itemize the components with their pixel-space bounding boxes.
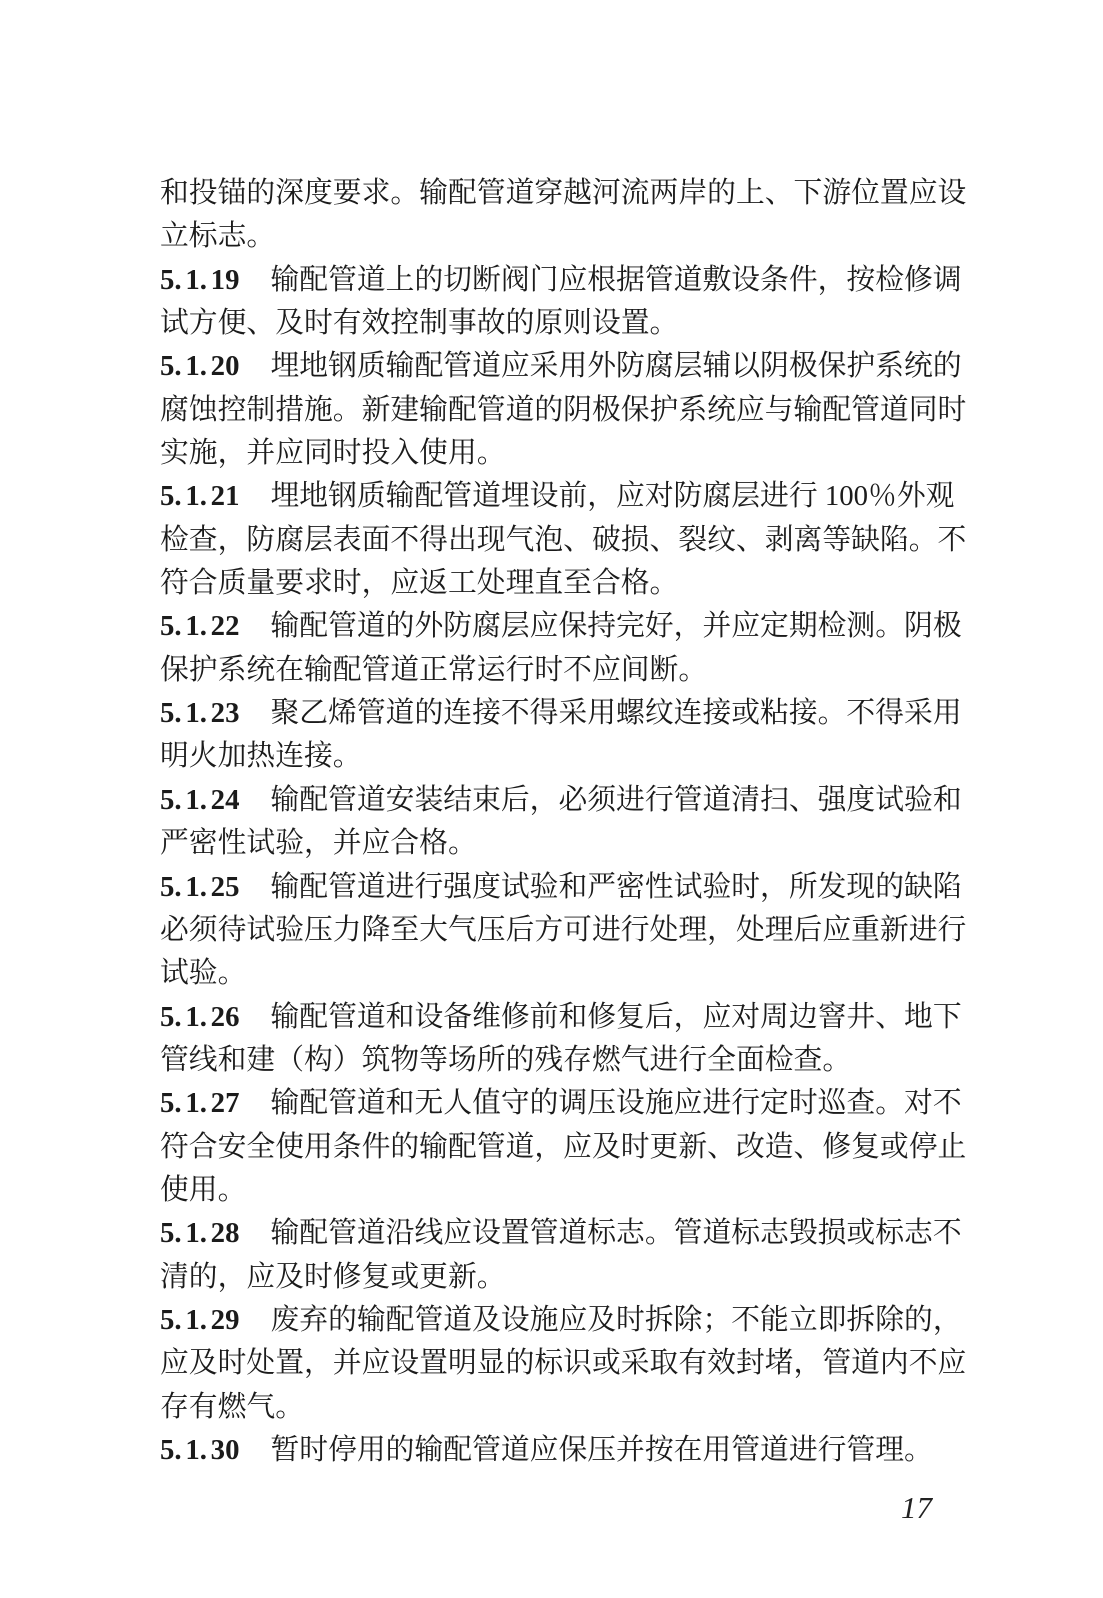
- line-text: 存有燃气。: [160, 1391, 304, 1423]
- text-line: 应及时处置，并应设置明显的标识或采取有效封堵，管道内不应: [160, 1342, 970, 1385]
- clause-paragraph: 5. 1. 21埋地钢质输配管道埋设前，应对防腐层进行 100％外观检查，防腐层…: [160, 475, 970, 605]
- line-text: 试方便、及时有效控制事故的原则设置。: [160, 307, 678, 339]
- line-text: 严密性试验，并应合格。: [160, 827, 477, 859]
- line-text: 输配管道安装结束后，必须进行管道清扫、强度试验和: [270, 784, 961, 816]
- clause-paragraph: 5. 1. 27输配管道和无人值守的调压设施应进行定时巡查。对不符合安全使用条件…: [160, 1082, 970, 1212]
- text-line: 试方便、及时有效控制事故的原则设置。: [160, 302, 970, 345]
- line-text: 检查，防腐层表面不得出现气泡、破损、裂纹、剥离等缺陷。不: [160, 524, 966, 556]
- number-text-gap: [239, 895, 270, 896]
- number-text-gap: [239, 721, 270, 722]
- text-line: 检查，防腐层表面不得出现气泡、破损、裂纹、剥离等缺陷。不: [160, 519, 970, 562]
- line-text: 暂时停用的输配管道应保压并按在用管道进行管理。: [270, 1434, 932, 1466]
- clause-paragraph: 5. 1. 29废弃的输配管道及设施应及时拆除；不能立即拆除的，应及时处置，并应…: [160, 1299, 970, 1429]
- clause-number: 5. 1. 26: [160, 1001, 239, 1033]
- line-text: 输配管道沿线应设置管道标志。管道标志毁损或标志不: [270, 1217, 961, 1249]
- text-line: 5. 1. 24输配管道安装结束后，必须进行管道清扫、强度试验和: [160, 779, 970, 822]
- line-text: 符合质量要求时，应返工处理直至合格。: [160, 567, 678, 599]
- number-text-gap: [239, 1458, 270, 1459]
- text-line: 5. 1. 20埋地钢质输配管道应采用外防腐层辅以阴极保护系统的: [160, 345, 970, 388]
- number-text-gap: [239, 808, 270, 809]
- clause-paragraph: 5. 1. 19输配管道上的切断阀门应根据管道敷设条件，按检修调试方便、及时有效…: [160, 259, 970, 346]
- line-text: 输配管道的外防腐层应保持完好，并应定期检测。阴极: [270, 610, 961, 642]
- line-text: 和投锚的深度要求。输配管道穿越河流两岸的上、下游位置应设: [160, 177, 966, 209]
- number-text-gap: [239, 504, 270, 505]
- text-line: 清的，应及时修复或更新。: [160, 1256, 970, 1299]
- line-text: 输配管道上的切断阀门应根据管道敷设条件，按检修调: [270, 264, 961, 296]
- line-text: 试验。: [160, 957, 246, 989]
- line-text: 腐蚀控制措施。新建输配管道的阴极保护系统应与输配管道同时: [160, 394, 966, 426]
- clause-paragraph: 5. 1. 24输配管道安装结束后，必须进行管道清扫、强度试验和严密性试验，并应…: [160, 779, 970, 866]
- line-text: 使用。: [160, 1174, 246, 1206]
- clause-number: 5. 1. 22: [160, 610, 239, 642]
- number-text-gap: [239, 374, 270, 375]
- clause-number: 5. 1. 24: [160, 784, 239, 816]
- text-line: 5. 1. 19输配管道上的切断阀门应根据管道敷设条件，按检修调: [160, 259, 970, 302]
- text-line: 明火加热连接。: [160, 735, 970, 778]
- text-line: 符合质量要求时，应返工处理直至合格。: [160, 562, 970, 605]
- text-line: 严密性试验，并应合格。: [160, 822, 970, 865]
- number-text-gap: [239, 1241, 270, 1242]
- text-line: 试验。: [160, 952, 970, 995]
- line-text: 应及时处置，并应设置明显的标识或采取有效封堵，管道内不应: [160, 1347, 966, 1379]
- number-text-gap: [239, 288, 270, 289]
- line-text: 聚乙烯管道的连接不得采用螺纹连接或粘接。不得采用: [270, 697, 961, 729]
- line-text: 输配管道进行强度试验和严密性试验时，所发现的缺陷: [270, 871, 961, 903]
- clause-number: 5. 1. 21: [160, 480, 239, 512]
- line-text: 立标志。: [160, 220, 275, 252]
- number-text-gap: [239, 1111, 270, 1112]
- text-line: 管线和建（构）筑物等场所的残存燃气进行全面检查。: [160, 1039, 970, 1082]
- text-line: 保护系统在输配管道正常运行时不应间断。: [160, 649, 970, 692]
- line-text: 实施，并应同时投入使用。: [160, 437, 506, 469]
- text-line: 5. 1. 26输配管道和设备维修前和修复后，应对周边窨井、地下: [160, 996, 970, 1039]
- clause-paragraph: 5. 1. 22输配管道的外防腐层应保持完好，并应定期检测。阴极保护系统在输配管…: [160, 605, 970, 692]
- clause-paragraph: 5. 1. 28输配管道沿线应设置管道标志。管道标志毁损或标志不清的，应及时修复…: [160, 1212, 970, 1299]
- text-line: 实施，并应同时投入使用。: [160, 432, 970, 475]
- text-line: 5. 1. 30暂时停用的输配管道应保压并按在用管道进行管理。: [160, 1429, 970, 1472]
- text-line: 5. 1. 22输配管道的外防腐层应保持完好，并应定期检测。阴极: [160, 605, 970, 648]
- line-text: 输配管道和无人值守的调压设施应进行定时巡查。对不: [270, 1087, 961, 1119]
- text-line: 5. 1. 28输配管道沿线应设置管道标志。管道标志毁损或标志不: [160, 1212, 970, 1255]
- text-line: 5. 1. 29废弃的输配管道及设施应及时拆除；不能立即拆除的，: [160, 1299, 970, 1342]
- line-text: 埋地钢质输配管道埋设前，应对防腐层进行 100％外观: [270, 480, 954, 512]
- text-line: 5. 1. 27输配管道和无人值守的调压设施应进行定时巡查。对不: [160, 1082, 970, 1125]
- text-line: 使用。: [160, 1169, 970, 1212]
- clause-number: 5. 1. 27: [160, 1087, 239, 1119]
- clause-number: 5. 1. 20: [160, 350, 239, 382]
- line-text: 必须待试验压力降至大气压后方可进行处理，处理后应重新进行: [160, 914, 966, 946]
- document-page: 和投锚的深度要求。输配管道穿越河流两岸的上、下游位置应设立标志。5. 1. 19…: [0, 0, 1103, 1598]
- clause-paragraph: 5. 1. 20埋地钢质输配管道应采用外防腐层辅以阴极保护系统的腐蚀控制措施。新…: [160, 345, 970, 475]
- clause-number: 5. 1. 29: [160, 1304, 239, 1336]
- line-text: 管线和建（构）筑物等场所的残存燃气进行全面检查。: [160, 1044, 851, 1076]
- clause-paragraph: 5. 1. 23聚乙烯管道的连接不得采用螺纹连接或粘接。不得采用明火加热连接。: [160, 692, 970, 779]
- page-number: 17: [901, 1488, 961, 1528]
- line-text: 埋地钢质输配管道应采用外防腐层辅以阴极保护系统的: [270, 350, 961, 382]
- line-text: 保护系统在输配管道正常运行时不应间断。: [160, 654, 707, 686]
- line-text: 输配管道和设备维修前和修复后，应对周边窨井、地下: [270, 1001, 961, 1033]
- text-line: 5. 1. 25输配管道进行强度试验和严密性试验时，所发现的缺陷: [160, 866, 970, 909]
- line-text: 清的，应及时修复或更新。: [160, 1261, 506, 1293]
- clause-paragraph: 和投锚的深度要求。输配管道穿越河流两岸的上、下游位置应设立标志。: [160, 172, 970, 259]
- clause-paragraph: 5. 1. 25输配管道进行强度试验和严密性试验时，所发现的缺陷必须待试验压力降…: [160, 866, 970, 996]
- clause-number: 5. 1. 25: [160, 871, 239, 903]
- text-line: 5. 1. 21埋地钢质输配管道埋设前，应对防腐层进行 100％外观: [160, 475, 970, 518]
- number-text-gap: [239, 634, 270, 635]
- clause-number: 5. 1. 28: [160, 1217, 239, 1249]
- line-text: 明火加热连接。: [160, 740, 362, 772]
- clause-number: 5. 1. 30: [160, 1434, 239, 1466]
- clause-text-block: 和投锚的深度要求。输配管道穿越河流两岸的上、下游位置应设立标志。5. 1. 19…: [160, 172, 970, 1472]
- clause-number: 5. 1. 19: [160, 264, 239, 296]
- clause-paragraph: 5. 1. 30暂时停用的输配管道应保压并按在用管道进行管理。: [160, 1429, 970, 1472]
- text-line: 5. 1. 23聚乙烯管道的连接不得采用螺纹连接或粘接。不得采用: [160, 692, 970, 735]
- clause-number: 5. 1. 23: [160, 697, 239, 729]
- text-line: 存有燃气。: [160, 1386, 970, 1429]
- text-line: 和投锚的深度要求。输配管道穿越河流两岸的上、下游位置应设: [160, 172, 970, 215]
- line-text: 废弃的输配管道及设施应及时拆除；不能立即拆除的，: [270, 1304, 961, 1336]
- number-text-gap: [239, 1025, 270, 1026]
- text-line: 符合安全使用条件的输配管道，应及时更新、改造、修复或停止: [160, 1126, 970, 1169]
- clause-paragraph: 5. 1. 26输配管道和设备维修前和修复后，应对周边窨井、地下管线和建（构）筑…: [160, 996, 970, 1083]
- text-line: 必须待试验压力降至大气压后方可进行处理，处理后应重新进行: [160, 909, 970, 952]
- number-text-gap: [239, 1328, 270, 1329]
- text-line: 立标志。: [160, 215, 970, 258]
- line-text: 符合安全使用条件的输配管道，应及时更新、改造、修复或停止: [160, 1131, 966, 1163]
- text-line: 腐蚀控制措施。新建输配管道的阴极保护系统应与输配管道同时: [160, 389, 970, 432]
